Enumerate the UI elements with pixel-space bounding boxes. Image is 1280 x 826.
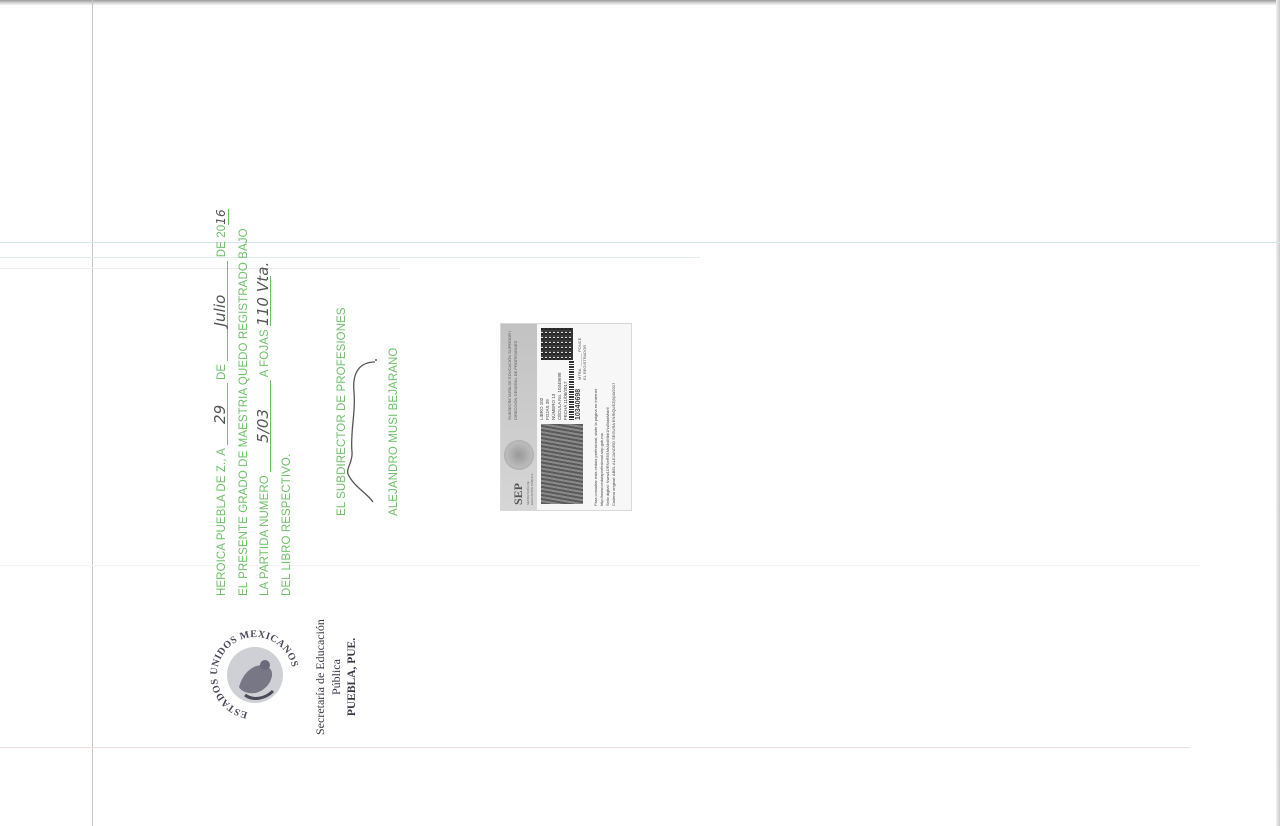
sep-brand-sub: SECRETARÍA DE EDUCACIÓN PÚBLICA: [526, 465, 534, 505]
card-footer: Para consultar esta cédula profesional, …: [593, 383, 617, 506]
scan-top-edge: [0, 0, 1280, 5]
national-emblem-icon: [504, 440, 534, 470]
fojas-label: A FOJAS: [259, 329, 271, 377]
card-organization: SUBSECRETARÍA DE EDUCACIÓN SUPERIOR / DI…: [507, 330, 519, 420]
fojas-field: 110 Vta.: [256, 276, 271, 326]
scan-artifact-line: [0, 242, 1280, 243]
registration-line-3: LA PARTIDA NUMERO 5/03 A FOJAS 110 Vta.: [255, 209, 277, 596]
sep-license-card-content: SEP SECRETARÍA DE EDUCACIÓN PÚBLICA SUBS…: [501, 324, 631, 510]
official-seal-icon: ESTADOS UNIDOS MEXICANOS: [205, 625, 305, 725]
registration-stamp: HEROICA PUEBLA DE Z., A 29 DE Julio DE 2…: [212, 209, 298, 596]
seal-caption-line-2: Pública: [328, 619, 344, 735]
scan-artifact-line: [0, 747, 1190, 748]
seal-caption: Secretaría de Educación Pública PUEBLA, …: [312, 619, 360, 735]
scan-artifact-line: [0, 257, 700, 258]
day-field: 29: [213, 383, 228, 445]
scan-artifact-line: [0, 565, 1200, 566]
seal-caption-line-1: Secretaría de Educación: [312, 619, 328, 735]
seal-caption-line-3: PUEBLA, PUE.: [344, 619, 360, 735]
registration-line-1: HEROICA PUEBLA DE Z., A 29 DE Julio DE 2…: [212, 209, 234, 596]
signer-name: ALEJANDRO MUSI BEJARANO: [384, 307, 404, 516]
card-photo: [541, 424, 583, 504]
scan-right-edge: [1276, 0, 1280, 826]
registration-line-4: DEL LIBRO RESPECTIVO.: [277, 209, 299, 596]
qr-code-icon: [541, 328, 573, 360]
card-signature-label: MTRA. ______ PONCE EL REGISTRADOR: [577, 338, 587, 380]
barcode-icon: [569, 360, 574, 420]
partida-label: LA PARTIDA NUMERO: [259, 475, 271, 596]
page-fold-line: [92, 0, 93, 826]
handwritten-signature: [340, 352, 380, 512]
sep-brand: SEP: [511, 483, 526, 505]
de-label: DE: [216, 241, 228, 257]
year-printed: 20: [216, 225, 228, 238]
partida-field: 5/03: [256, 380, 271, 472]
scan-artifact-line: [0, 268, 400, 269]
month-field: Julio: [213, 261, 228, 361]
card-fields: LIBRO 102 FOJAS 39 NÚMERO 13 CÉDULA No. …: [539, 360, 582, 420]
registration-line-2: EL PRESENTE GRADO DE MAESTRIA QUEDO REGI…: [234, 209, 256, 596]
year-field: 16: [214, 209, 229, 224]
de-label: DE: [216, 364, 228, 380]
sep-license-card: SEP SECRETARÍA DE EDUCACIÓN PÚBLICA SUBS…: [500, 323, 632, 511]
place-label: HEROICA PUEBLA DE Z., A: [216, 449, 228, 596]
